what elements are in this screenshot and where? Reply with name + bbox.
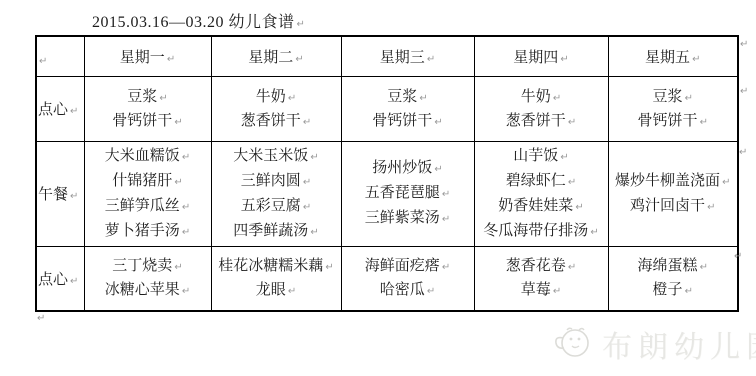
menu-cell: 豆浆↵骨钙饼干↵ xyxy=(84,76,211,141)
return-mark: ↵ xyxy=(295,54,303,65)
menu-item-text: 豆浆 xyxy=(387,89,417,105)
return-mark: ↵ xyxy=(182,286,190,297)
menu-item-text: 山芋饭 xyxy=(513,148,558,164)
menu-item-text: 大米血糯饭 xyxy=(105,148,180,164)
day-header: 星期一↵ xyxy=(84,36,211,76)
menu-cell: 桂花冰糖糯米藕↵龙眼↵ xyxy=(211,246,341,311)
return-mark: ↵ xyxy=(182,152,190,163)
menu-cell: 山芋饭↵碧绿虾仁↵奶香娃娃菜↵冬瓜海带仔排汤↵ xyxy=(474,141,608,246)
menu-item-line: 豆浆↵ xyxy=(609,85,738,109)
menu-item-line: 山芋饭↵ xyxy=(475,144,608,169)
watermark: 布朗幼儿园 xyxy=(548,322,756,366)
return-mark: ↵ xyxy=(182,227,190,238)
menu-cell: 海绵蛋糕↵橙子↵ xyxy=(608,246,738,311)
menu-item-line: 豆浆↵ xyxy=(85,85,211,109)
menu-item-line: 五彩豆腐↵ xyxy=(212,194,341,219)
return-mark: ↵ xyxy=(568,262,576,273)
return-mark: ↵ xyxy=(707,202,715,213)
menu-cell: 大米玉米饭↵三鲜肉圆↵五彩豆腐↵四季鲜蔬汤↵ xyxy=(211,141,341,246)
return-mark: ↵ xyxy=(303,117,311,128)
menu-item-line: 三鲜笋瓜丝↵ xyxy=(85,194,211,219)
day-header: 星期二↵ xyxy=(211,36,341,76)
return-mark: ↵ xyxy=(70,276,78,287)
day-header-label: 星期五 xyxy=(645,50,690,66)
menu-item-text: 桂花冰糖糯米藕 xyxy=(218,258,323,274)
meal-row-label: 午餐↵ xyxy=(36,141,84,246)
return-mark: ↵ xyxy=(575,202,583,213)
bear-face-logo-icon xyxy=(548,324,594,365)
menu-item-line: 三鲜紫菜汤↵ xyxy=(342,206,474,231)
menu-item-line: 奶香娃娃菜↵ xyxy=(475,194,608,219)
meal-row-snack-morning: 点心↵豆浆↵骨钙饼干↵牛奶↵葱香饼干↵豆浆↵骨钙饼干↵牛奶↵葱香饼干↵豆浆↵骨钙… xyxy=(36,76,738,141)
menu-item-text: 五香琵琶腿 xyxy=(365,185,440,201)
meal-row-label-text: 点心 xyxy=(38,272,68,288)
menu-item-text: 冬瓜海带仔排汤 xyxy=(483,223,588,239)
return-mark: ↵ xyxy=(442,214,450,225)
return-mark: ↵ xyxy=(174,177,182,188)
menu-cell: 豆浆↵骨钙饼干↵ xyxy=(341,76,474,141)
menu-item-line: 骨钙饼干↵ xyxy=(609,109,738,133)
menu-table: ↵星期一↵星期二↵星期三↵星期四↵星期五↵ 点心↵豆浆↵骨钙饼干↵牛奶↵葱香饼干… xyxy=(35,35,739,312)
return-mark: ↵ xyxy=(288,286,296,297)
watermark-text: 布朗幼儿园 xyxy=(602,322,756,366)
menu-item-line: 萝卜猪手汤↵ xyxy=(85,219,211,244)
day-header: 星期四↵ xyxy=(474,36,608,76)
menu-item-line: 什锦猪肝↵ xyxy=(85,169,211,194)
menu-item-text: 哈密瓜 xyxy=(380,282,425,298)
menu-item-line: 鸡汁回卤干↵ xyxy=(609,194,738,219)
row-end-mark: ↵ xyxy=(740,86,748,97)
return-mark: ↵ xyxy=(70,191,78,202)
return-mark: ↵ xyxy=(182,202,190,213)
page-title-text: 2015.03.16—03.20 幼儿食谱 xyxy=(92,14,295,31)
menu-item-line: 哈密瓜↵ xyxy=(342,278,474,302)
return-mark: ↵ xyxy=(427,54,435,65)
menu-item-line: 海鲜面疙瘩↵ xyxy=(342,254,474,278)
menu-item-line: 三丁烧卖↵ xyxy=(85,254,211,278)
menu-cell: 大米血糯饭↵什锦猪肝↵三鲜笋瓜丝↵萝卜猪手汤↵ xyxy=(84,141,211,246)
menu-item-line: 龙眼↵ xyxy=(212,278,341,302)
menu-item-text: 萝卜猪手汤 xyxy=(105,223,180,239)
return-mark: ↵ xyxy=(434,117,442,128)
menu-item-text: 四季鲜蔬汤 xyxy=(233,223,308,239)
menu-item-text: 三鲜肉圆 xyxy=(241,173,301,189)
menu-item-line: 大米血糯饭↵ xyxy=(85,144,211,169)
meal-row-label: 点心↵ xyxy=(36,76,84,141)
return-mark: ↵ xyxy=(288,93,296,104)
menu-item-line: 豆浆↵ xyxy=(342,85,474,109)
menu-item-text: 海绵蛋糕 xyxy=(638,258,698,274)
menu-item-text: 什锦猪肝 xyxy=(112,173,172,189)
return-mark: ↵ xyxy=(568,177,576,188)
day-header-label: 星期一 xyxy=(120,50,165,66)
paragraph-mark: ↵ xyxy=(37,313,45,324)
menu-cell: 牛奶↵葱香饼干↵ xyxy=(211,76,341,141)
menu-item-line: 爆炒牛柳盖浇面↵ xyxy=(609,169,738,194)
return-mark: ↵ xyxy=(297,19,306,30)
menu-cell: 爆炒牛柳盖浇面↵鸡汁回卤干↵ xyxy=(608,141,738,246)
menu-item-text: 三鲜紫菜汤 xyxy=(365,210,440,226)
return-mark: ↵ xyxy=(427,286,435,297)
meal-row-lunch: 午餐↵大米血糯饭↵什锦猪肝↵三鲜笋瓜丝↵萝卜猪手汤↵大米玉米饭↵三鲜肉圆↵五彩豆… xyxy=(36,141,738,246)
return-mark: ↵ xyxy=(39,57,47,67)
menu-item-line: 四季鲜蔬汤↵ xyxy=(212,219,341,244)
return-mark: ↵ xyxy=(700,262,708,273)
menu-cell: 扬州炒饭↵五香琵琶腿↵三鲜紫菜汤↵ xyxy=(341,141,474,246)
day-header: 星期五↵ xyxy=(608,36,738,76)
return-mark: ↵ xyxy=(174,262,182,273)
menu-item-line: 骨钙饼干↵ xyxy=(342,109,474,133)
return-mark: ↵ xyxy=(722,177,730,188)
menu-item-text: 海鲜面疙瘩 xyxy=(365,258,440,274)
menu-item-text: 橙子 xyxy=(653,282,683,298)
return-mark: ↵ xyxy=(310,152,318,163)
menu-item-text: 扬州炒饭 xyxy=(372,160,432,176)
menu-item-text: 草莓 xyxy=(521,282,551,298)
return-mark: ↵ xyxy=(553,93,561,104)
menu-item-line: 牛奶↵ xyxy=(475,85,608,109)
return-mark: ↵ xyxy=(442,189,450,200)
menu-item-line: 骨钙饼干↵ xyxy=(85,109,211,133)
return-mark: ↵ xyxy=(692,54,700,65)
menu-item-line: 海绵蛋糕↵ xyxy=(609,254,738,278)
return-mark: ↵ xyxy=(159,93,167,104)
menu-cell: 牛奶↵葱香饼干↵ xyxy=(474,76,608,141)
menu-table-head: ↵星期一↵星期二↵星期三↵星期四↵星期五↵ xyxy=(36,36,738,76)
menu-item-text: 三鲜笋瓜丝 xyxy=(105,198,180,214)
header-row: ↵星期一↵星期二↵星期三↵星期四↵星期五↵ xyxy=(36,36,738,76)
return-mark: ↵ xyxy=(325,262,333,273)
menu-item-text: 五彩豆腐 xyxy=(241,198,301,214)
return-mark: ↵ xyxy=(568,117,576,128)
menu-item-text: 牛奶 xyxy=(256,89,286,105)
return-mark: ↵ xyxy=(70,106,78,117)
menu-cell: 葱香花卷↵草莓↵ xyxy=(474,246,608,311)
meal-row-label-text: 点心 xyxy=(38,102,68,118)
menu-item-line: 冬瓜海带仔排汤↵ xyxy=(475,219,608,244)
menu-item-text: 冰糖心苹果 xyxy=(105,282,180,298)
return-mark: ↵ xyxy=(167,54,175,65)
menu-item-text: 鸡汁回卤干 xyxy=(630,198,705,214)
menu-item-line: 草莓↵ xyxy=(475,278,608,302)
row-end-mark: ↵ xyxy=(740,39,748,50)
row-end-mark: ↵ xyxy=(739,147,747,158)
return-mark: ↵ xyxy=(700,117,708,128)
return-mark: ↵ xyxy=(419,93,427,104)
menu-item-text: 豆浆 xyxy=(653,89,683,105)
page-title: 2015.03.16—03.20 幼儿食谱↵ xyxy=(92,9,305,32)
day-header-label: 星期三 xyxy=(380,50,425,66)
return-mark: ↵ xyxy=(442,262,450,273)
menu-item-text: 豆浆 xyxy=(127,89,157,105)
menu-item-line: 冰糖心苹果↵ xyxy=(85,278,211,302)
day-header-label: 星期二 xyxy=(248,50,293,66)
menu-table-body: 点心↵豆浆↵骨钙饼干↵牛奶↵葱香饼干↵豆浆↵骨钙饼干↵牛奶↵葱香饼干↵豆浆↵骨钙… xyxy=(36,76,738,311)
menu-item-text: 骨钙饼干 xyxy=(638,113,698,129)
weekly-menu-table: ↵星期一↵星期二↵星期三↵星期四↵星期五↵ 点心↵豆浆↵骨钙饼干↵牛奶↵葱香饼干… xyxy=(35,35,739,312)
meal-row-label: 点心↵ xyxy=(36,246,84,311)
menu-item-text: 爆炒牛柳盖浇面 xyxy=(615,173,720,189)
day-header: 星期三↵ xyxy=(341,36,474,76)
menu-item-text: 葱香花卷 xyxy=(506,258,566,274)
menu-item-line: 桂花冰糖糯米藕↵ xyxy=(212,254,341,278)
menu-item-text: 龙眼 xyxy=(256,282,286,298)
menu-item-line: 三鲜肉圆↵ xyxy=(212,169,341,194)
menu-cell: 三丁烧卖↵冰糖心苹果↵ xyxy=(84,246,211,311)
menu-item-line: 葱香饼干↵ xyxy=(212,109,341,133)
return-mark: ↵ xyxy=(560,152,568,163)
return-mark: ↵ xyxy=(590,227,598,238)
meal-row-snack-afternoon: 点心↵三丁烧卖↵冰糖心苹果↵桂花冰糖糯米藕↵龙眼↵海鲜面疙瘩↵哈密瓜↵葱香花卷↵… xyxy=(36,246,738,311)
menu-item-line: 五香琵琶腿↵ xyxy=(342,181,474,206)
menu-item-line: 橙子↵ xyxy=(609,278,738,302)
return-mark: ↵ xyxy=(174,117,182,128)
return-mark: ↵ xyxy=(303,202,311,213)
return-mark: ↵ xyxy=(685,286,693,297)
menu-item-line: 牛奶↵ xyxy=(212,85,341,109)
day-header-label: 星期四 xyxy=(513,50,558,66)
menu-item-text: 葱香饼干 xyxy=(241,113,301,129)
menu-item-text: 葱香饼干 xyxy=(506,113,566,129)
menu-item-line: 葱香饼干↵ xyxy=(475,109,608,133)
return-mark: ↵ xyxy=(560,54,568,65)
return-mark: ↵ xyxy=(685,93,693,104)
menu-item-text: 骨钙饼干 xyxy=(112,113,172,129)
menu-item-text: 大米玉米饭 xyxy=(233,148,308,164)
menu-item-text: 牛奶 xyxy=(521,89,551,105)
return-mark: ↵ xyxy=(434,164,442,175)
menu-item-text: 奶香娃娃菜 xyxy=(498,198,573,214)
row-end-mark: ↵ xyxy=(734,251,742,262)
menu-item-text: 骨钙饼干 xyxy=(372,113,432,129)
menu-item-line: 葱香花卷↵ xyxy=(475,254,608,278)
menu-cell: 豆浆↵骨钙饼干↵ xyxy=(608,76,738,141)
corner-cell: ↵ xyxy=(36,36,84,76)
menu-item-line: 碧绿虾仁↵ xyxy=(475,169,608,194)
menu-item-text: 三丁烧卖 xyxy=(112,258,172,274)
menu-item-line: 扬州炒饭↵ xyxy=(342,156,474,181)
menu-item-text: 碧绿虾仁 xyxy=(506,173,566,189)
return-mark: ↵ xyxy=(310,227,318,238)
return-mark: ↵ xyxy=(303,177,311,188)
menu-item-line: 大米玉米饭↵ xyxy=(212,144,341,169)
meal-row-label-text: 午餐 xyxy=(38,187,68,203)
menu-cell: 海鲜面疙瘩↵哈密瓜↵ xyxy=(341,246,474,311)
return-mark: ↵ xyxy=(553,286,561,297)
